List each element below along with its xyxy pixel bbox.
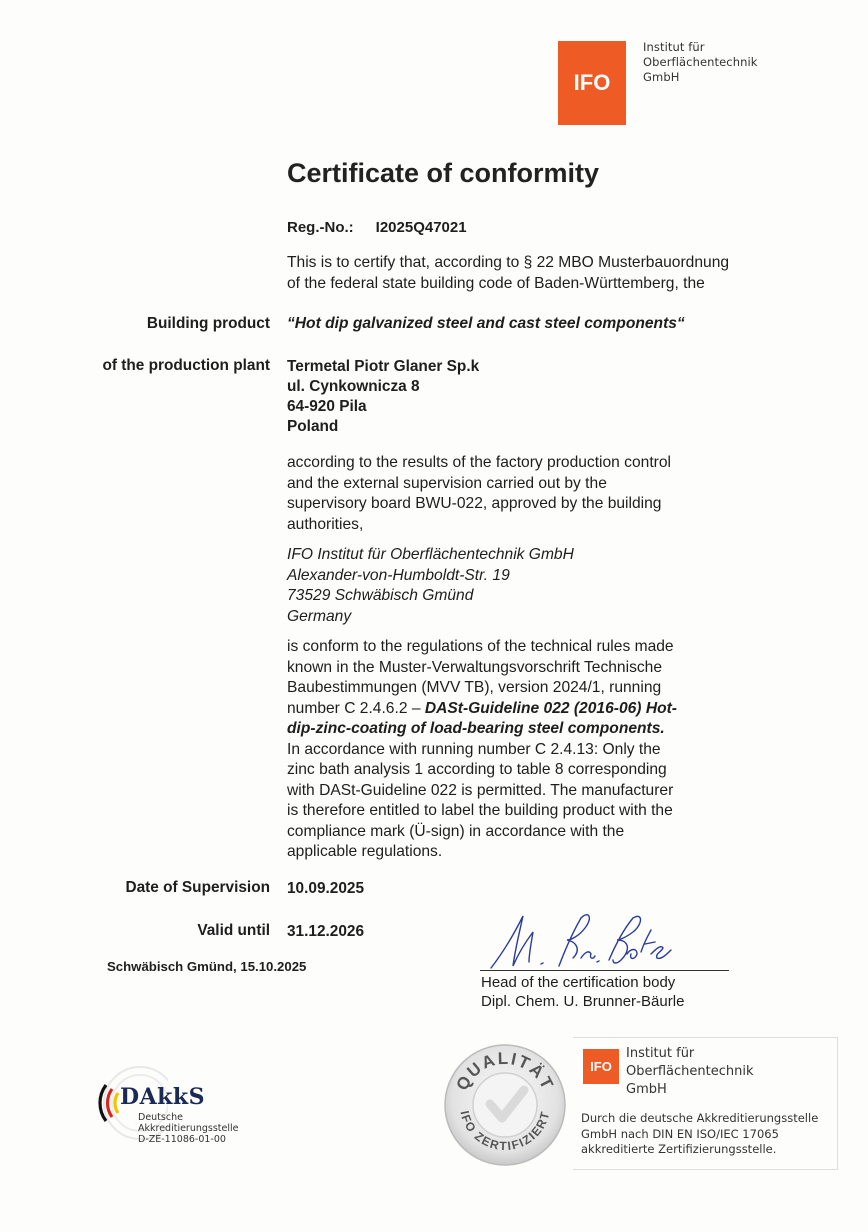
text-line: number C 2.4.6.2 – DASt-Guideline 022 (2… [287,699,847,720]
quality-seal-icon: QUALITÄT IFO ZERTIFIZIERT [442,1042,568,1168]
address-line: Alexander-von-Humboldt-Str. 19 [287,566,847,587]
supervisor-address: IFO Institut für Oberflächentechnik GmbH… [287,545,847,627]
address-line: Termetal Piotr Glaner Sp.k [287,357,479,377]
building-product-value: “Hot dip galvanized steel and cast steel… [287,315,685,333]
date-of-supervision-label: Date of Supervision [125,879,270,897]
place-and-date: Schwäbisch Gmünd, 15.10.2025 [107,959,306,974]
text-line: known in the Muster-Verwaltungsvorschrif… [287,658,847,679]
signature-icon [485,910,685,972]
production-plant-address: Termetal Piotr Glaner Sp.k ul. Cynkownic… [287,357,479,437]
dakks-logo: DAkkS [120,1084,205,1110]
accreditation-line: akkreditierte Zertifizierungsstelle. [581,1142,818,1158]
dakks-line: Akkreditierungsstelle [138,1123,239,1134]
text-line: supervisory board BWU-022, approved by t… [287,494,847,515]
valid-until-label: Valid until [197,922,270,940]
text-line: Baubestimmungen (MVV TB), version 2024/1… [287,678,847,699]
signature-line [480,970,729,971]
guideline-title: dip-zinc-coating of load-bearing steel c… [287,719,847,740]
address-line: IFO Institut für Oberflächentechnik GmbH [287,545,847,566]
text-line: In accordance with running number C 2.4.… [287,740,847,761]
text-line: authorities, [287,515,847,536]
reg-value: I2025Q47021 [376,219,467,236]
text-line: applicable regulations. [287,842,847,863]
conformity-text: is conform to the regulations of the tec… [287,637,847,863]
ifo-org-name: Institut für Oberflächentechnik GmbH [643,40,758,85]
signatory-title: Head of the certification body [481,973,684,992]
signatory: Head of the certification body Dipl. Che… [481,973,684,1011]
address-line: Poland [287,417,479,437]
valid-until-value: 31.12.2026 [287,922,364,942]
text-line: compliance mark (Ü-sign) in accordance w… [287,822,847,843]
text-line: zinc bath analysis 1 according to table … [287,760,847,781]
reg-number: Reg.-No.:I2025Q47021 [287,219,467,236]
text-line: is conform to the regulations of the tec… [287,637,847,658]
page-title: Certificate of conformity [287,158,599,189]
dakks-details: Deutsche Akkreditierungsstelle D-ZE-1108… [138,1112,239,1145]
address-line: Germany [287,607,847,628]
reg-label: Reg.-No.: [287,219,354,236]
accreditation-line: Durch die deutsche Akkreditierungsstelle [581,1111,818,1127]
org-line: GmbH [643,70,758,85]
org-line: Institut für [626,1045,753,1063]
org-line: Institut für [643,40,758,55]
guideline-title: DASt-Guideline 022 (2016-06) Hot- [425,700,677,717]
dakks-line: D-ZE-11086-01-00 [138,1134,239,1145]
text-line: is therefore entitled to label the build… [287,801,847,822]
ifo-small-logo: IFO [583,1049,619,1084]
text-line: This is to certify that, according to § … [287,253,847,274]
supervision-text: according to the results of the factory … [287,453,847,535]
badge-org-name: Institut für Oberflächentechnik GmbH [626,1045,753,1099]
text-span: number C 2.4.6.2 – [287,700,425,717]
text-line: according to the results of the factory … [287,453,847,474]
accreditation-line: GmbH nach DIN EN ISO/IEC 17065 [581,1127,818,1143]
address-line: 64-920 Pila [287,397,479,417]
org-line: Oberflächentechnik [643,55,758,70]
signatory-name: Dipl. Chem. U. Brunner-Bäurle [481,992,684,1011]
text-line: of the federal state building code of Ba… [287,274,847,295]
date-of-supervision-value: 10.09.2025 [287,879,364,899]
text-line: and the external supervision carried out… [287,474,847,495]
accreditation-text: Durch die deutsche Akkreditierungsstelle… [581,1111,818,1158]
ifo-logo: IFO [558,41,626,125]
dakks-line: Deutsche [138,1112,239,1123]
text-line: with DASt-Guideline 022 is permitted. Th… [287,781,847,802]
production-plant-label: of the production plant [102,357,270,375]
address-line: 73529 Schwäbisch Gmünd [287,586,847,607]
building-product-label: Building product [147,315,270,333]
intro-text: This is to certify that, according to § … [287,253,847,294]
org-line: GmbH [626,1081,753,1099]
org-line: Oberflächentechnik [626,1063,753,1081]
address-line: ul. Cynkownicza 8 [287,377,479,397]
